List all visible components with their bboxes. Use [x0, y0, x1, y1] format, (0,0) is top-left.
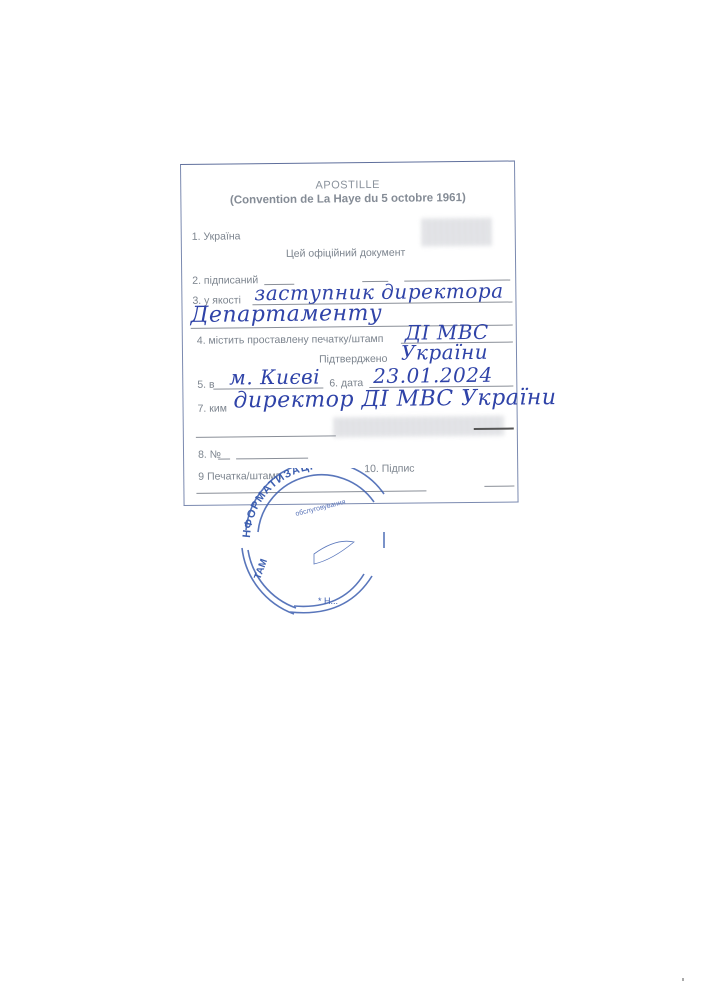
field-date-value: 23.01.2024 [373, 363, 493, 388]
official-seal: НФОРМАТИЗАЦІ обслуговування ТАМ * Н... [236, 468, 406, 618]
apostille-subtitle: (Convention de La Haye du 5 octobre 1961… [181, 192, 514, 207]
field-country: 1. Україна [192, 230, 241, 243]
line [218, 458, 230, 459]
field-signed-label: 2. підписаний [192, 274, 258, 287]
redacted-area [334, 416, 504, 438]
line [236, 458, 308, 460]
apostille-title: APOSTILLE [181, 178, 514, 193]
line [474, 428, 514, 430]
field-seal-label: 4. містить проставлену печатку/штамп [197, 333, 384, 347]
field-place-label: 5. в [197, 379, 214, 391]
field-intro: Цей офіційний документ [286, 247, 405, 260]
field-by-value: директор ДІ МВС України [233, 385, 556, 413]
line [196, 435, 336, 437]
redacted-area [422, 218, 492, 247]
svg-text:обслуговування: обслуговування [295, 498, 347, 518]
scan-speck [682, 978, 684, 981]
field-seal-value-2: України [401, 340, 488, 365]
line [484, 486, 514, 487]
apostille-stamp: APOSTILLE (Convention de La Haye du 5 oc… [180, 160, 519, 505]
svg-text:НФОРМАТИЗАЦІ: НФОРМАТИЗАЦІ [241, 468, 315, 538]
field-place-value: м. Києві [229, 365, 320, 390]
field-capacity-value-2: Департаменту [190, 301, 382, 328]
svg-text:ТАМ: ТАМ [252, 558, 270, 582]
field-by-label: 7. ким [198, 403, 227, 415]
svg-text:* Н...: * Н... [318, 596, 338, 606]
